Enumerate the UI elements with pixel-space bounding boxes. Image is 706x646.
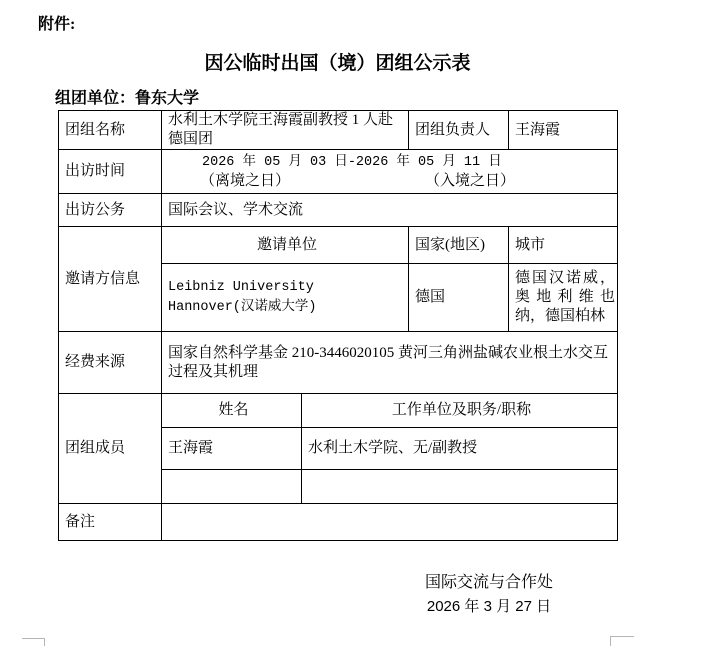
table-row-visit-time: 出访时间 2026 年 05 月 03 日-2026 年 05 月 11 日 （…	[59, 150, 618, 194]
table-row-business: 出访公务 国际会议、学术交流	[59, 194, 618, 227]
signature-block: 国际交流与合作处 2026 年 3 月 27 日	[415, 571, 563, 619]
document-page: 附件: 因公临时出国（境）团组公示表 组团单位：鲁东大学 团组名称 水利土木学院…	[0, 0, 706, 646]
footer-date: 2026 年 3 月 27 日	[415, 595, 563, 619]
leader-value: 王海霞	[509, 111, 618, 150]
page-title: 因公临时出国（境）团组公示表	[58, 48, 617, 75]
business-value: 国际会议、学术交流	[162, 194, 618, 227]
visit-time-cell: 2026 年 05 月 03 日-2026 年 05 月 11 日 （离境之日）…	[162, 150, 618, 194]
member-unit: 水利土木学院、无/副教授	[302, 428, 618, 470]
visit-time-notes: （离境之日） （入境之日）	[162, 172, 615, 191]
leader-label: 团组负责人	[409, 111, 509, 150]
funding-value: 国家自然科学基金 210-3446020105 黄河三角洲盐碱农业根土水交互过程…	[162, 332, 618, 394]
inviter-unit-header: 邀请单位	[162, 227, 409, 264]
org-unit-line: 组团单位：鲁东大学	[55, 85, 199, 108]
visit-time-value: 2026 年 05 月 03 日-2026 年 05 月 11 日	[162, 153, 615, 172]
member-unit	[302, 470, 618, 504]
inviter-unit-value: Leibniz University Hannover(汉诺威大学)	[162, 264, 409, 332]
remarks-label: 备注	[59, 504, 162, 541]
crop-mark-right-icon	[610, 636, 634, 646]
notice-table: 团组名称 水利土木学院王海霞副教授 1 人赴德国团 团组负责人 王海霞 出访时间…	[58, 110, 618, 541]
departure-note: （离境之日）	[200, 172, 290, 191]
table-row-inviter-header: 邀请方信息 邀请单位 国家(地区) 城市	[59, 227, 618, 264]
members-label: 团组成员	[59, 394, 162, 504]
funding-label: 经费来源	[59, 332, 162, 394]
visit-time-label: 出访时间	[59, 150, 162, 194]
city-header: 城市	[509, 227, 618, 264]
remarks-value	[162, 504, 618, 541]
business-label: 出访公务	[59, 194, 162, 227]
member-name	[162, 470, 302, 504]
table-row-group-name: 团组名称 水利土木学院王海霞副教授 1 人赴德国团 团组负责人 王海霞	[59, 111, 618, 150]
member-unit-header: 工作单位及职务/职称	[302, 394, 618, 428]
entry-note: （入境之日）	[425, 172, 515, 191]
crop-mark-left-icon	[22, 638, 45, 646]
country-value: 德国	[409, 264, 509, 332]
member-name: 王海霞	[162, 428, 302, 470]
member-name-header: 姓名	[162, 394, 302, 428]
city-value: 德国汉诺威，奥地利维也纳，德国柏林	[509, 264, 618, 332]
attachment-label: 附件:	[38, 11, 75, 34]
notes-spacer	[290, 172, 425, 191]
country-header: 国家(地区)	[409, 227, 509, 264]
group-name-value: 水利土木学院王海霞副教授 1 人赴德国团	[162, 111, 409, 150]
group-name-label: 团组名称	[59, 111, 162, 150]
table-row-funding: 经费来源 国家自然科学基金 210-3446020105 黄河三角洲盐碱农业根土…	[59, 332, 618, 394]
table-row-remarks: 备注	[59, 504, 618, 541]
table-row-member-header: 团组成员 姓名 工作单位及职务/职称	[59, 394, 618, 428]
footer-office: 国际交流与合作处	[415, 571, 563, 595]
inviter-label: 邀请方信息	[59, 227, 162, 332]
